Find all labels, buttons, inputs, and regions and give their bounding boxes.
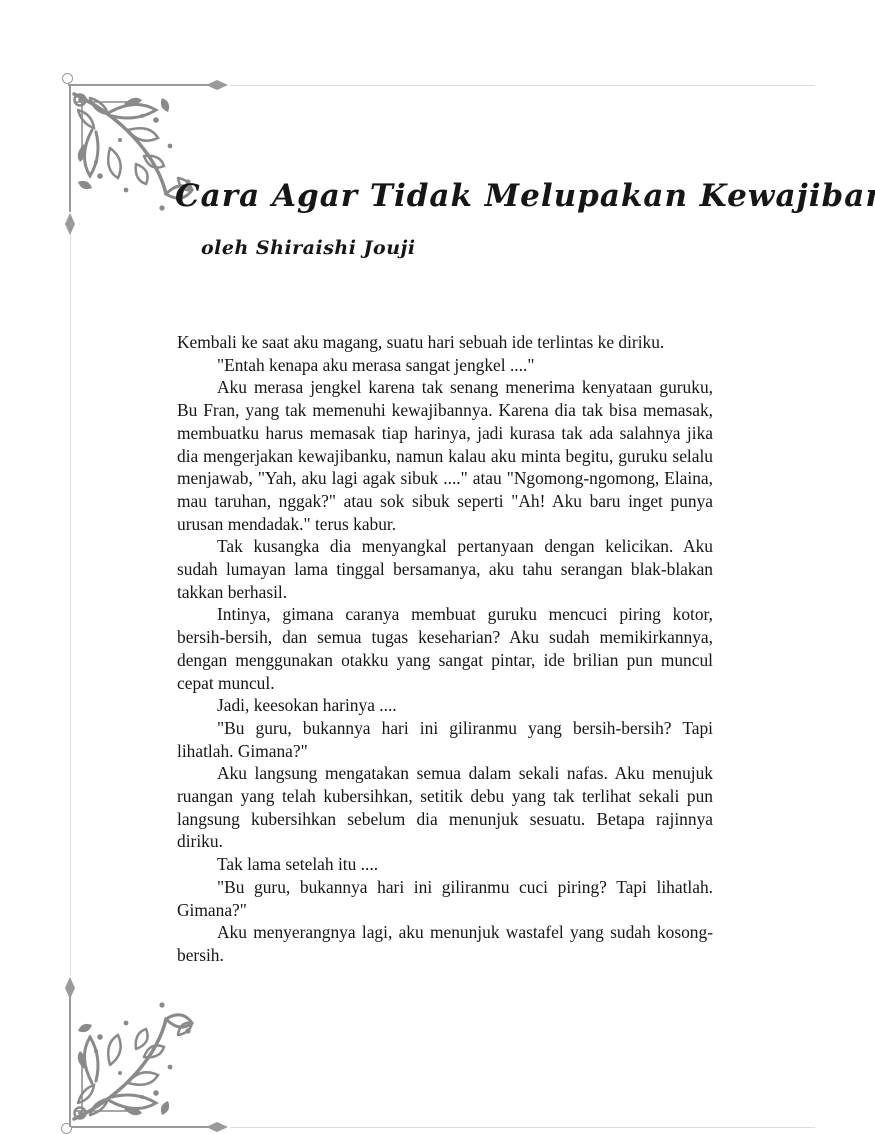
border-diamond-icon	[206, 80, 228, 90]
paragraph: Aku menyerangnya lagi, aku menunjuk wast…	[177, 921, 713, 966]
paragraph: "Entah kenapa aku merasa sangat jengkel …	[177, 354, 713, 377]
corner-ring-icon	[62, 73, 73, 84]
floral-corner-ornament-icon	[66, 997, 196, 1127]
border-diamond-icon	[65, 213, 75, 235]
border-bottom-line-light	[230, 1127, 815, 1128]
book-page: Cara Agar Tidak Melupakan Kewajiban oleh…	[0, 0, 875, 1134]
paragraph: Aku merasa jengkel karena tak senang men…	[177, 376, 713, 535]
border-top-line-light	[230, 85, 815, 86]
border-diamond-icon	[65, 977, 75, 999]
chapter-title: Cara Agar Tidak Melupakan Kewajiban	[175, 178, 875, 214]
paragraph: "Bu guru, bukannya hari ini giliranmu cu…	[177, 876, 713, 921]
author-byline: oleh Shiraishi Jouji	[201, 237, 416, 259]
story-text: Kembali ke saat aku magang, suatu hari s…	[177, 331, 713, 967]
border-diamond-icon	[206, 1122, 228, 1132]
paragraph: Intinya, gimana caranya membuat guruku m…	[177, 603, 713, 694]
paragraph: "Bu guru, bukannya hari ini giliranmu ya…	[177, 717, 713, 762]
paragraph: Kembali ke saat aku magang, suatu hari s…	[177, 331, 713, 354]
paragraph: Tak kusangka dia menyangkal pertanyaan d…	[177, 535, 713, 603]
paragraph: Tak lama setelah itu ....	[177, 853, 713, 876]
paragraph: Jadi, keesokan harinya ....	[177, 694, 713, 717]
border-left-line-light	[70, 232, 71, 976]
paragraph: Aku langsung mengatakan semua dalam seka…	[177, 762, 713, 853]
